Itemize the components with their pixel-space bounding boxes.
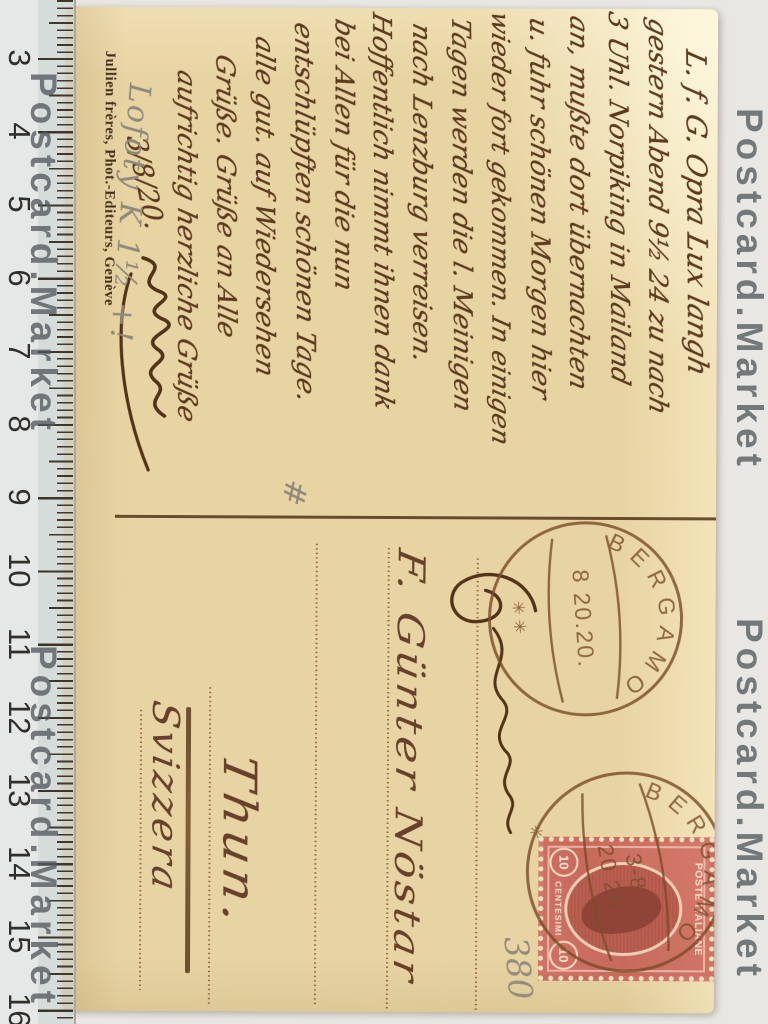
pencil-hash-mark: # <box>274 476 315 509</box>
message-line: Grüße. Grüße an Alle <box>212 52 240 341</box>
message-line: gestern Abend 9½ 24 zu nach <box>644 16 670 418</box>
ruler-number: 3 <box>2 41 36 75</box>
recipient-country: Svizzera <box>143 697 187 897</box>
postmark-date-time: 20 20 <box>593 843 629 911</box>
svg-text:BERGAMO: BERGAMO <box>638 767 718 956</box>
message-line: L. f. G. Opra Lux langh <box>682 48 710 379</box>
message-line: entschlüpften schönen Tage. <box>290 20 318 405</box>
postmark-stars: ✳ ✳ <box>508 600 529 634</box>
postmark-date: 8 20.20. <box>567 569 599 670</box>
postcard: L. f. G. Opra Lux langh gestern Abend 9½… <box>62 7 718 1014</box>
message-line: nach Lenzburg verreisen. <box>408 21 434 366</box>
postmark-bergamo-left: BERGAMO 8 20.20. ✳ ✳ <box>474 507 697 730</box>
postmark-star: ✳ <box>525 823 546 840</box>
message-line: 3 Uhl. Norpiking in Mailand <box>604 9 633 387</box>
watermark-left-top: Postcard.Market <box>22 72 64 435</box>
message-line: an, mußte dort übernachten <box>565 13 591 392</box>
svg-text:BERGAMO: BERGAMO <box>603 524 687 706</box>
ruler-number: 9 <box>2 480 36 514</box>
address-line <box>314 544 318 1005</box>
watermark-right-top: Postcard.Market <box>728 108 768 471</box>
postcard-back: L. f. G. Opra Lux langh gestern Abend 9½… <box>62 7 718 1014</box>
postmark-town: BERGAMO <box>603 524 687 706</box>
message-line: bei Allen für die nun <box>330 16 356 293</box>
recipient-name: F. Günter Nöstar <box>385 546 433 989</box>
address-line <box>208 687 211 1005</box>
message-line: u. fuhr schönen Morgen hier <box>525 15 553 401</box>
address-line <box>139 710 142 990</box>
ruler-number: 10 <box>2 553 36 587</box>
postmark-bergamo-right: BERGAMO 3-8 20 20 ✳ <box>502 747 718 996</box>
message-line: wieder fort gekommen. In einigen <box>487 9 513 448</box>
postcard-photo: L. f. G. Opra Lux langh gestern Abend 9½… <box>0 0 768 1024</box>
message-line: alle gut. auf Wiedersehen <box>251 34 277 379</box>
postmark-town: BERGAMO <box>638 767 718 956</box>
message-line: Hoffentlich nimmt ihnen dank <box>368 10 396 413</box>
watermark-right-bottom: Postcard.Market <box>728 618 768 981</box>
recipient-town: Thun. <box>212 750 267 932</box>
watermark-left-bottom: Postcard.Market <box>22 645 64 1008</box>
message-line: Tagen werden die l. Meinigen <box>447 15 475 415</box>
